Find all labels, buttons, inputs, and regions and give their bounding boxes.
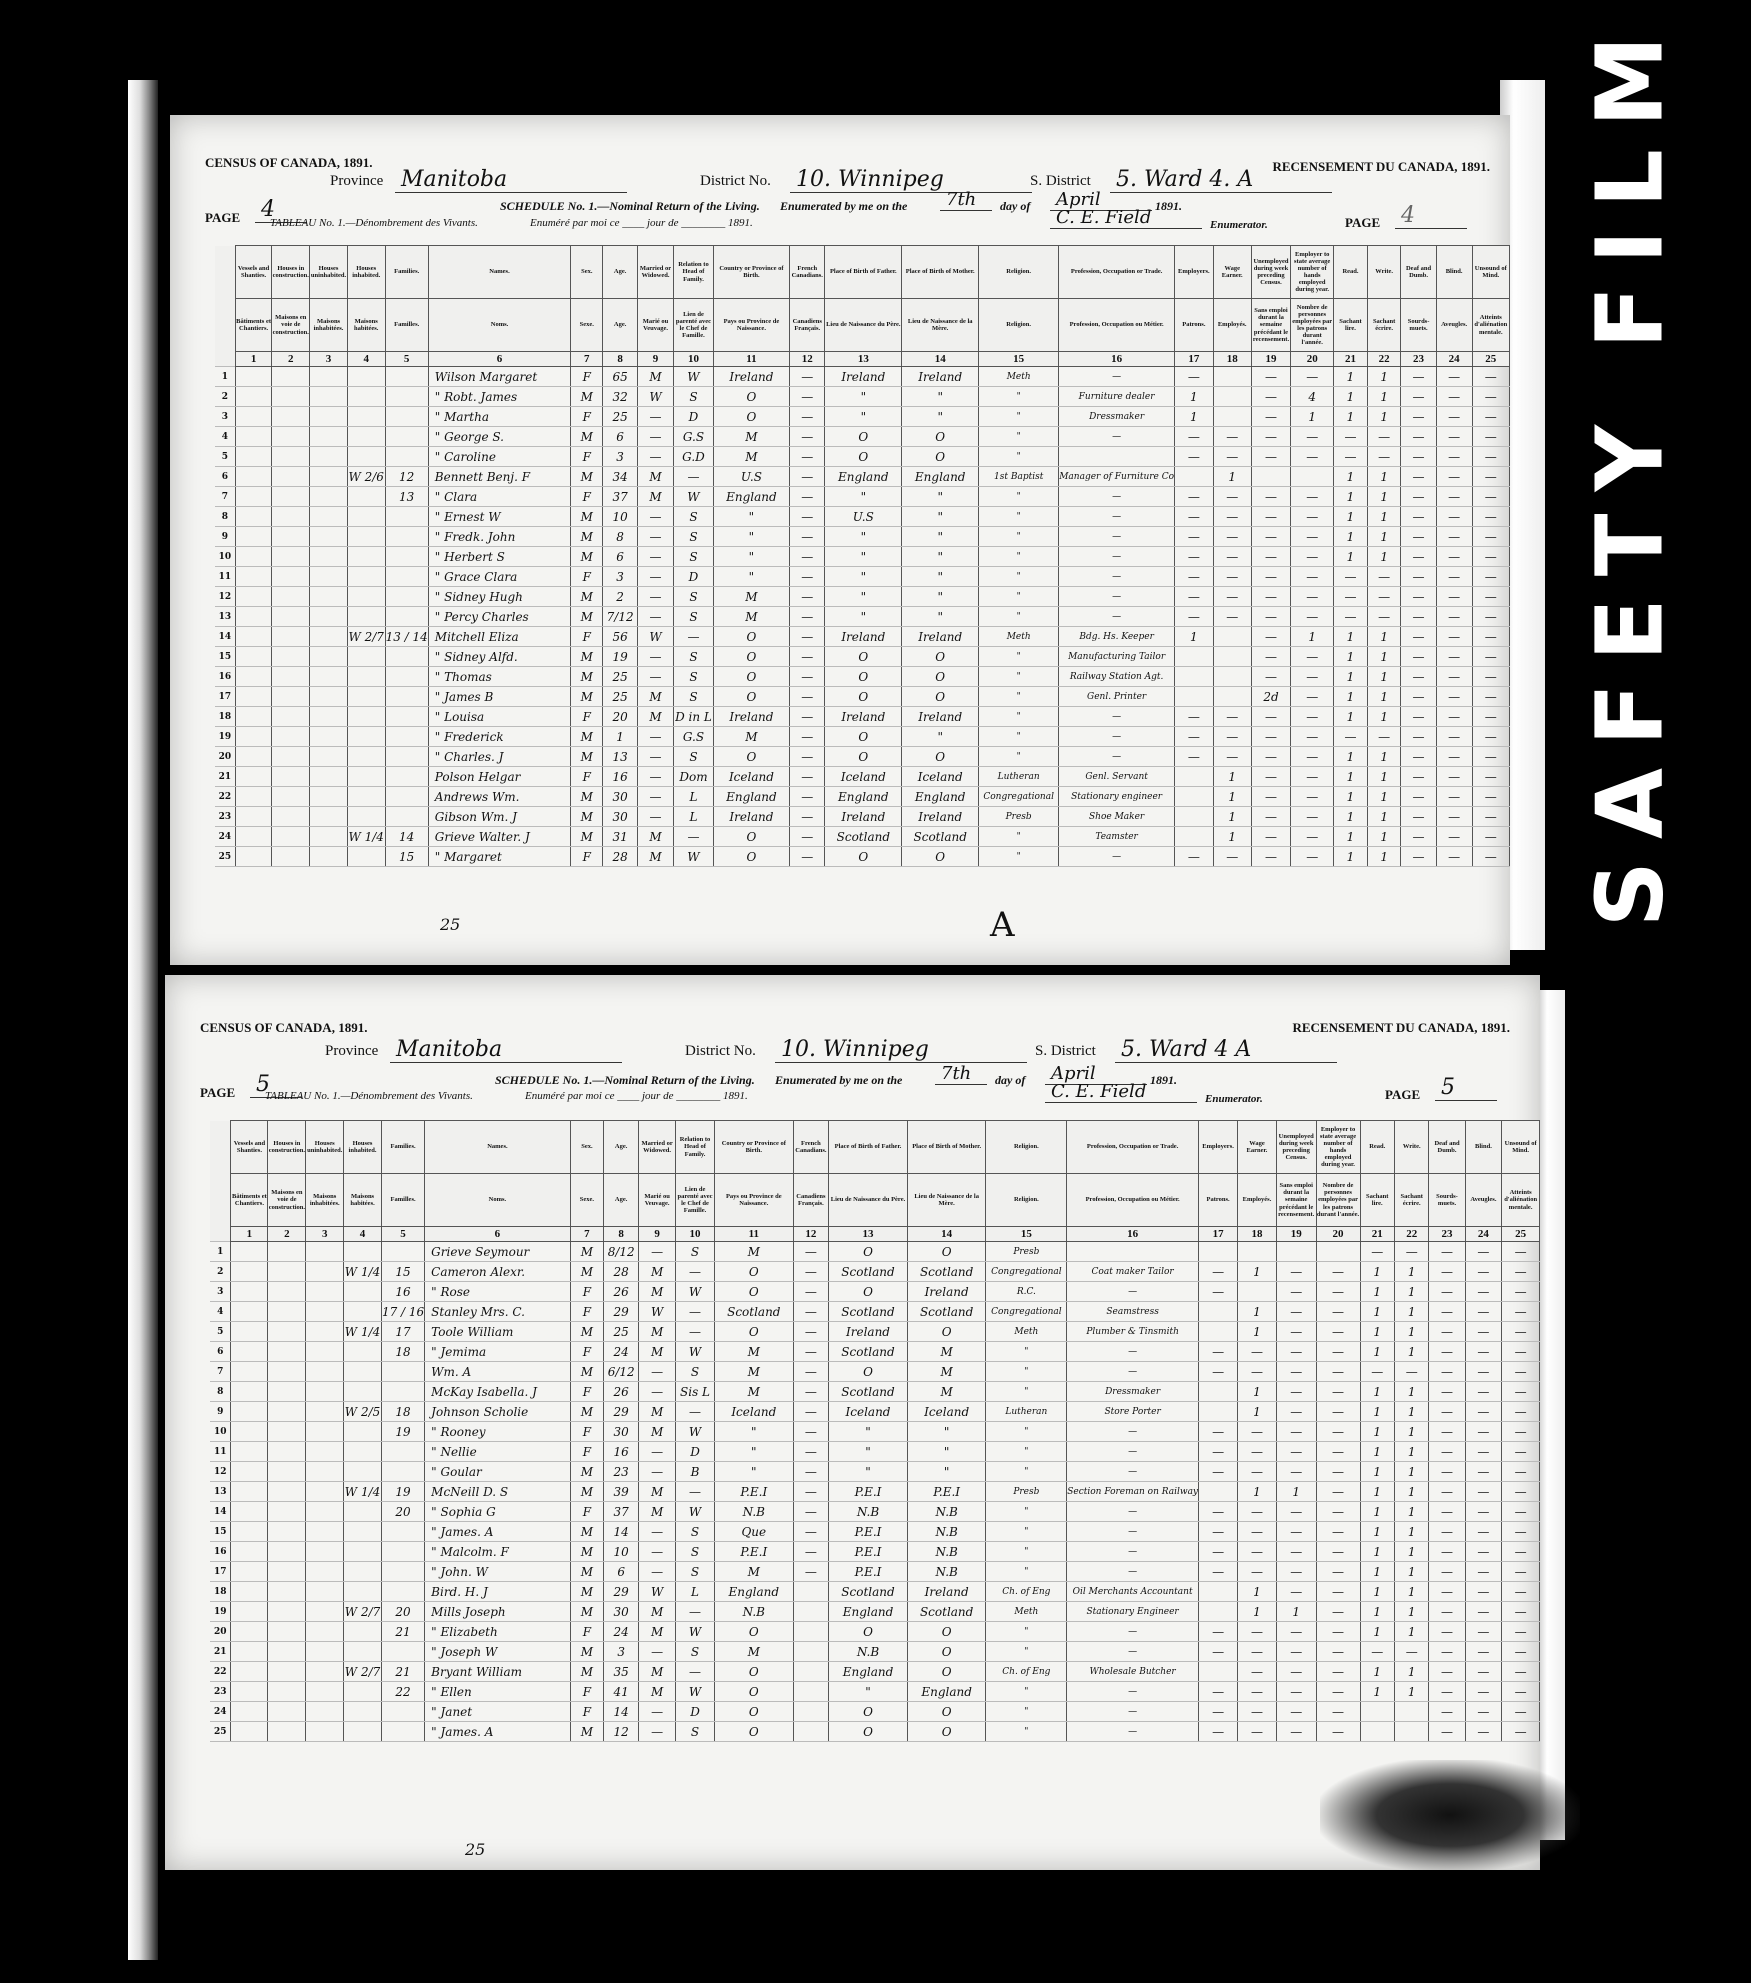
- cell-houses-construction: [272, 367, 310, 387]
- cell-religion: ": [979, 447, 1059, 467]
- cell-deaf-dumb: —: [1429, 1462, 1465, 1482]
- cell-employer: —: [1175, 587, 1214, 607]
- cell-blind: —: [1465, 1382, 1502, 1402]
- cell-french-canadian: [793, 1722, 829, 1742]
- cell-occupation: [1067, 1242, 1199, 1262]
- cell-birthplace: M: [713, 447, 789, 467]
- cell-sex: M: [570, 1462, 603, 1482]
- cell-relation: S: [674, 607, 714, 627]
- cell-employer: —: [1175, 507, 1214, 527]
- cell-birthplace: ": [713, 507, 789, 527]
- cell-houses-uninhabited: [306, 1422, 344, 1442]
- cell-unemployed: —: [1251, 787, 1290, 807]
- cell-sex: M: [571, 587, 603, 607]
- cell-birthplace: M: [714, 1382, 793, 1402]
- cell-houses-construction: [268, 1462, 306, 1482]
- cell-hands-employed: —: [1291, 647, 1334, 667]
- census-row: 2322" EllenF41MWO"England"—————11———: [210, 1682, 1540, 1702]
- cell-houses-uninhabited: [306, 1462, 344, 1482]
- cell-french-canadian: —: [793, 1242, 829, 1262]
- cell-unsound-mind: —: [1472, 447, 1509, 467]
- cell-occupation: Dressmaker: [1067, 1382, 1199, 1402]
- cell-houses-construction: [272, 627, 310, 647]
- cell-houses-construction: [268, 1542, 306, 1562]
- cell-wage-earner: [1238, 1242, 1277, 1262]
- cell-vessels: [231, 1522, 268, 1542]
- province-value: Manitoba: [395, 167, 627, 193]
- cell-houses-inhabited: [344, 1522, 382, 1542]
- cell-vessels: [231, 1342, 268, 1362]
- col-number: 11: [714, 1227, 793, 1242]
- cell-marital-status: M: [639, 1422, 676, 1442]
- cell-houses-inhabited: [347, 747, 385, 767]
- census-title: CENSUS OF CANADA, 1891.: [200, 1020, 367, 1036]
- cell-occupation: —: [1067, 1442, 1199, 1462]
- census-row: 2" Robt. JamesM32WSO—"""Furniture dealer…: [215, 387, 1510, 407]
- cell-birthplace: England: [713, 487, 789, 507]
- cell-age: 6: [604, 1562, 639, 1582]
- cell-mother-birthplace: ": [902, 587, 979, 607]
- cell-hands-employed: —: [1316, 1402, 1360, 1422]
- cell-mother-birthplace: ": [902, 567, 979, 587]
- cell-hands-employed: —: [1316, 1322, 1360, 1342]
- cell-relation: S: [676, 1642, 715, 1662]
- cell-houses-uninhabited: [310, 767, 348, 787]
- cell-occupation: Coat maker Tailor: [1067, 1262, 1199, 1282]
- cell-birthplace: O: [714, 1622, 793, 1642]
- cell-houses-uninhabited: [306, 1562, 344, 1582]
- cell-families: 15: [381, 1262, 424, 1282]
- cell-unsound-mind: —: [1502, 1322, 1540, 1342]
- enumerator-name: C. E. Field: [1045, 1081, 1197, 1103]
- cell-blind: —: [1436, 747, 1472, 767]
- cell-deaf-dumb: —: [1429, 1342, 1465, 1362]
- line-number: 3: [215, 407, 235, 427]
- cell-can-read: 1: [1334, 547, 1368, 567]
- cell-houses-uninhabited: [306, 1542, 344, 1562]
- cell-occupation: —: [1067, 1462, 1199, 1482]
- subdistrict-label: S. District: [1035, 1043, 1096, 1060]
- cell-houses-inhabited: [347, 567, 385, 587]
- cell-employer: [1175, 827, 1214, 847]
- cell-unsound-mind: —: [1502, 1522, 1540, 1542]
- cell-blind: —: [1465, 1682, 1502, 1702]
- cell-can-write: 1: [1367, 767, 1401, 787]
- cell-marital-status: M: [639, 1622, 676, 1642]
- cell-age: 6: [603, 547, 638, 567]
- cell-deaf-dumb: —: [1429, 1562, 1465, 1582]
- cell-houses-uninhabited: [306, 1302, 344, 1322]
- cell-unemployed: —: [1251, 707, 1290, 727]
- col-header-unemployed: Unemployed during week preceding Census.: [1276, 1121, 1316, 1174]
- cell-sex: M: [571, 647, 603, 667]
- cell-houses-uninhabited: [306, 1502, 344, 1522]
- cell-mother-birthplace: O: [902, 687, 979, 707]
- cell-blind: —: [1465, 1362, 1502, 1382]
- line-number: 5: [210, 1322, 231, 1342]
- cell-french-canadian: —: [790, 487, 825, 507]
- cell-mother-birthplace: Scotland: [907, 1602, 986, 1622]
- cell-french-canadian: —: [790, 467, 825, 487]
- cell-occupation: —: [1067, 1682, 1199, 1702]
- cell-houses-uninhabited: [310, 847, 348, 867]
- cell-name: " Frederick: [428, 727, 570, 747]
- cell-houses-inhabited: W 2/6: [347, 467, 385, 487]
- col-header-fr-vessels: Bâtiments et Chantiers.: [231, 1174, 268, 1227]
- cell-can-write: 1: [1367, 487, 1401, 507]
- cell-birthplace: Scotland: [714, 1302, 793, 1322]
- col-number: 8: [603, 352, 638, 367]
- line-number: 11: [215, 567, 235, 587]
- cell-birthplace: M: [713, 587, 789, 607]
- cell-employer: —: [1199, 1262, 1238, 1282]
- cell-houses-inhabited: [344, 1702, 382, 1722]
- cell-age: 31: [603, 827, 638, 847]
- cell-name: " Caroline: [428, 447, 570, 467]
- cell-french-canadian: —: [790, 707, 825, 727]
- cell-families: [385, 667, 428, 687]
- line-number: 19: [210, 1602, 231, 1622]
- cell-mother-birthplace: Scotland: [907, 1302, 986, 1322]
- cell-can-write: 1: [1394, 1262, 1428, 1282]
- cell-marital-status: M: [637, 687, 673, 707]
- cell-occupation: —: [1067, 1722, 1199, 1742]
- cell-unemployed: —: [1276, 1722, 1316, 1742]
- cell-houses-uninhabited: [306, 1602, 344, 1622]
- col-header-families: Families.: [381, 1121, 424, 1174]
- cell-birthplace: M: [714, 1342, 793, 1362]
- line-number: 5: [215, 447, 235, 467]
- cell-name: " James. A: [425, 1522, 571, 1542]
- cell-houses-construction: [268, 1342, 306, 1362]
- cell-wage-earner: —: [1213, 427, 1251, 447]
- cell-birthplace: O: [713, 407, 789, 427]
- cell-can-read: 1: [1334, 687, 1368, 707]
- cell-sex: F: [570, 1502, 603, 1522]
- cell-families: 13 / 14: [385, 627, 428, 647]
- cell-age: 19: [603, 647, 638, 667]
- cell-deaf-dumb: —: [1401, 567, 1436, 587]
- cell-houses-inhabited: [347, 447, 385, 467]
- cell-houses-uninhabited: [310, 527, 348, 547]
- cell-religion: ": [986, 1502, 1067, 1522]
- col-number: 20: [1316, 1227, 1360, 1242]
- line-number: 21: [215, 767, 235, 787]
- cell-religion: ": [986, 1342, 1067, 1362]
- cell-hands-employed: —: [1291, 687, 1334, 707]
- cell-blind: —: [1436, 727, 1472, 747]
- cell-can-read: 1: [1360, 1442, 1394, 1462]
- cell-age: 14: [604, 1702, 639, 1722]
- cell-can-write: 1: [1394, 1422, 1428, 1442]
- col-number: 24: [1436, 352, 1472, 367]
- cell-marital-status: M: [639, 1402, 676, 1422]
- cell-unemployed: —: [1276, 1522, 1316, 1542]
- col-header-marital-status: Married or Widowed.: [637, 246, 673, 299]
- cell-can-write: 1: [1394, 1602, 1428, 1622]
- cell-wage-earner: —: [1213, 547, 1251, 567]
- cell-deaf-dumb: —: [1401, 467, 1436, 487]
- cell-hands-employed: 1: [1291, 407, 1334, 427]
- cell-families: [381, 1362, 424, 1382]
- cell-unsound-mind: —: [1502, 1462, 1540, 1482]
- cell-vessels: [231, 1442, 268, 1462]
- cell-deaf-dumb: —: [1429, 1662, 1465, 1682]
- schedule-title-en: SCHEDULE No. 1.—Nominal Return of the Li…: [500, 199, 760, 214]
- cell-families: [385, 687, 428, 707]
- cell-deaf-dumb: —: [1429, 1642, 1465, 1662]
- cell-relation: S: [676, 1562, 715, 1582]
- census-row: 19" FrederickM1—G.SM—O""——————————: [215, 727, 1510, 747]
- cell-relation: S: [676, 1362, 715, 1382]
- cell-marital-status: —: [639, 1542, 676, 1562]
- cell-sex: M: [571, 607, 603, 627]
- cell-houses-inhabited: [347, 427, 385, 447]
- cell-occupation: —: [1059, 547, 1175, 567]
- col-header-fr-houses-uninhabited: Maisons inhabitées.: [310, 299, 348, 352]
- line-number: 22: [215, 787, 235, 807]
- census-row: 24W 1/414Grieve Walter. JM31M—O—Scotland…: [215, 827, 1510, 847]
- cell-wage-earner: —: [1213, 847, 1251, 867]
- census-row: 1019" RooneyF30MW"—"""—————11———: [210, 1422, 1540, 1442]
- col-header-unsound-mind: Unsound of Mind.: [1472, 246, 1509, 299]
- day-of-label: day of: [995, 1073, 1025, 1088]
- cell-father-birthplace: Ireland: [825, 707, 902, 727]
- line-number: 16: [210, 1542, 231, 1562]
- cell-families: [385, 607, 428, 627]
- cell-religion: ": [986, 1702, 1067, 1722]
- cell-relation: S: [674, 747, 714, 767]
- cell-father-birthplace: Ireland: [825, 627, 902, 647]
- cell-marital-status: M: [639, 1282, 676, 1302]
- cell-houses-uninhabited: [306, 1622, 344, 1642]
- subdistrict-label: S. District: [1030, 173, 1091, 190]
- cell-name: " Nellie: [425, 1442, 571, 1462]
- cell-sex: F: [570, 1382, 603, 1402]
- line-number: 23: [210, 1682, 231, 1702]
- cell-birthplace: M: [714, 1362, 793, 1382]
- cell-occupation: —: [1067, 1562, 1199, 1582]
- cell-age: 20: [603, 707, 638, 727]
- cell-mother-birthplace: O: [907, 1642, 986, 1662]
- cell-houses-uninhabited: [310, 567, 348, 587]
- cell-french-canadian: —: [790, 447, 825, 467]
- cell-hands-employed: —: [1291, 727, 1334, 747]
- cell-deaf-dumb: —: [1401, 747, 1436, 767]
- cell-deaf-dumb: —: [1401, 527, 1436, 547]
- cell-deaf-dumb: —: [1401, 847, 1436, 867]
- cell-vessels: [231, 1602, 268, 1622]
- census-title-fr: RECENSEMENT DU CANADA, 1891.: [1292, 1020, 1510, 1036]
- cell-houses-inhabited: [344, 1422, 382, 1442]
- cell-deaf-dumb: —: [1429, 1442, 1465, 1462]
- cell-mother-birthplace: Ireland: [902, 807, 979, 827]
- cell-blind: —: [1465, 1622, 1502, 1642]
- cell-father-birthplace: Scotland: [829, 1582, 908, 1602]
- cell-age: 28: [603, 847, 638, 867]
- cell-occupation: —: [1067, 1362, 1199, 1382]
- cell-name: Bennett Benj. F: [428, 467, 570, 487]
- census-row: 10" Herbert SM6—S"—"""—————11———: [215, 547, 1510, 567]
- cell-marital-status: —: [637, 727, 673, 747]
- cell-can-read: 1: [1360, 1662, 1394, 1682]
- cell-occupation: —: [1067, 1342, 1199, 1362]
- cell-unemployed: —: [1276, 1402, 1316, 1422]
- line-number: 4: [215, 427, 235, 447]
- cell-unemployed: —: [1276, 1562, 1316, 1582]
- cell-can-read: 1: [1334, 767, 1368, 787]
- cell-unemployed: —: [1251, 767, 1290, 787]
- cell-families: [381, 1562, 424, 1582]
- cell-vessels: [235, 687, 272, 707]
- cell-hands-employed: —: [1291, 367, 1334, 387]
- cell-can-write: 1: [1394, 1542, 1428, 1562]
- col-number: 24: [1465, 1227, 1502, 1242]
- cell-marital-status: —: [637, 747, 673, 767]
- line-number: 25: [210, 1722, 231, 1742]
- cell-wage-earner: 1: [1213, 767, 1251, 787]
- cell-age: 7/12: [603, 607, 638, 627]
- cell-hands-employed: —: [1316, 1342, 1360, 1362]
- census-row: 8McKay Isabella. JF26—Sis LM—ScotlandM"D…: [210, 1382, 1540, 1402]
- census-row: 25" James. AM12—SOOO"————————: [210, 1722, 1540, 1742]
- cell-vessels: [235, 727, 272, 747]
- cell-houses-uninhabited: [306, 1702, 344, 1722]
- cell-can-read: 1: [1334, 647, 1368, 667]
- col-header-fr-marital-status: Marié ou Veuvage.: [637, 299, 673, 352]
- film-damage-shadow: [1320, 1760, 1580, 1870]
- cell-relation: L: [674, 807, 714, 827]
- enumerated-label: Enumerated by me on the: [780, 199, 907, 214]
- cell-french-canadian: —: [793, 1482, 829, 1502]
- cell-marital-status: M: [639, 1682, 676, 1702]
- cell-age: 6/12: [604, 1362, 639, 1382]
- col-header-birthplace: Country or Province of Birth.: [714, 1121, 793, 1174]
- cell-mother-birthplace: Scotland: [902, 827, 979, 847]
- cell-religion: ": [986, 1722, 1067, 1742]
- cell-houses-uninhabited: [310, 387, 348, 407]
- col-number: 1: [235, 352, 272, 367]
- cell-unsound-mind: —: [1502, 1662, 1540, 1682]
- cell-birthplace: M: [713, 727, 789, 747]
- cell-name: McNeill D. S: [425, 1482, 571, 1502]
- col-number: 18: [1213, 352, 1251, 367]
- cell-religion: Meth: [986, 1602, 1067, 1622]
- cell-unsound-mind: —: [1472, 687, 1509, 707]
- cell-age: 41: [604, 1682, 639, 1702]
- cell-birthplace: England: [713, 787, 789, 807]
- col-header-age: Age.: [603, 246, 638, 299]
- cell-unsound-mind: —: [1502, 1542, 1540, 1562]
- cell-unsound-mind: —: [1502, 1422, 1540, 1442]
- cell-sex: F: [570, 1702, 603, 1722]
- cell-unemployed: —: [1276, 1542, 1316, 1562]
- cell-marital-status: W: [637, 627, 673, 647]
- cell-birthplace: ": [713, 547, 789, 567]
- cell-marital-status: —: [637, 407, 673, 427]
- cell-unsound-mind: —: [1472, 787, 1509, 807]
- cell-sex: F: [570, 1302, 603, 1322]
- cell-name: " Grace Clara: [428, 567, 570, 587]
- cell-unemployed: —: [1251, 507, 1290, 527]
- cell-employer: —: [1199, 1442, 1238, 1462]
- cell-age: 8: [603, 527, 638, 547]
- cell-can-read: 1: [1360, 1502, 1394, 1522]
- col-header-fr-houses-construction: Maisons en voie de construction.: [272, 299, 310, 352]
- cell-unsound-mind: —: [1502, 1582, 1540, 1602]
- cell-deaf-dumb: —: [1401, 487, 1436, 507]
- cell-father-birthplace: O: [825, 667, 902, 687]
- cell-families: 15: [385, 847, 428, 867]
- col-header-houses-uninhabited: Houses uninhabited.: [306, 1121, 344, 1174]
- cell-unemployed: —: [1251, 567, 1290, 587]
- cell-families: [385, 787, 428, 807]
- cell-employer: 1: [1175, 387, 1214, 407]
- cell-sex: F: [570, 1622, 603, 1642]
- cell-wage-earner: —: [1213, 747, 1251, 767]
- cell-houses-inhabited: [344, 1462, 382, 1482]
- cell-relation: S: [674, 587, 714, 607]
- cell-age: 29: [604, 1402, 639, 1422]
- cell-houses-construction: [268, 1362, 306, 1382]
- cell-vessels: [235, 827, 272, 847]
- cell-french-canadian: —: [793, 1542, 829, 1562]
- cell-father-birthplace: O: [829, 1282, 908, 1302]
- cell-birthplace: O: [713, 827, 789, 847]
- cell-families: 20: [381, 1602, 424, 1622]
- cell-employer: —: [1199, 1702, 1238, 1722]
- cell-houses-uninhabited: [306, 1242, 344, 1262]
- cell-relation: D: [674, 567, 714, 587]
- cell-father-birthplace: O: [825, 687, 902, 707]
- cell-houses-construction: [272, 787, 310, 807]
- cell-houses-uninhabited: [310, 787, 348, 807]
- cell-hands-employed: [1291, 467, 1334, 487]
- cell-occupation: —: [1059, 587, 1175, 607]
- col-header-fr-can-read: Sachant lire.: [1334, 299, 1368, 352]
- line-number: 11: [210, 1442, 231, 1462]
- cell-blind: —: [1465, 1722, 1502, 1742]
- cell-vessels: [231, 1422, 268, 1442]
- cell-employer: —: [1175, 727, 1214, 747]
- cell-mother-birthplace: N.B: [907, 1562, 986, 1582]
- col-header-can-read: Read.: [1360, 1121, 1394, 1174]
- film-frame-mark: A: [990, 905, 1015, 945]
- cell-unemployed: —: [1251, 587, 1290, 607]
- cell-occupation: Wholesale Butcher: [1067, 1662, 1199, 1682]
- cell-age: 25: [603, 667, 638, 687]
- cell-wage-earner: [1213, 367, 1251, 387]
- cell-houses-construction: [268, 1282, 306, 1302]
- cell-relation: —: [676, 1402, 715, 1422]
- cell-houses-construction: [268, 1382, 306, 1402]
- line-number: 10: [215, 547, 235, 567]
- cell-mother-birthplace: N.B: [907, 1522, 986, 1542]
- cell-families: [385, 407, 428, 427]
- cell-mother-birthplace: Ireland: [907, 1282, 986, 1302]
- district-value: 10. Winnipeg: [775, 1037, 1027, 1063]
- col-number: 15: [986, 1227, 1067, 1242]
- cell-houses-uninhabited: [310, 447, 348, 467]
- cell-mother-birthplace: O: [907, 1622, 986, 1642]
- cell-hands-employed: —: [1316, 1722, 1360, 1742]
- cell-religion: ": [986, 1622, 1067, 1642]
- cell-unsound-mind: —: [1502, 1302, 1540, 1322]
- cell-unemployed: —: [1276, 1502, 1316, 1522]
- cell-mother-birthplace: O: [907, 1702, 986, 1722]
- cell-hands-employed: —: [1316, 1622, 1360, 1642]
- cell-name: " Robt. James: [428, 387, 570, 407]
